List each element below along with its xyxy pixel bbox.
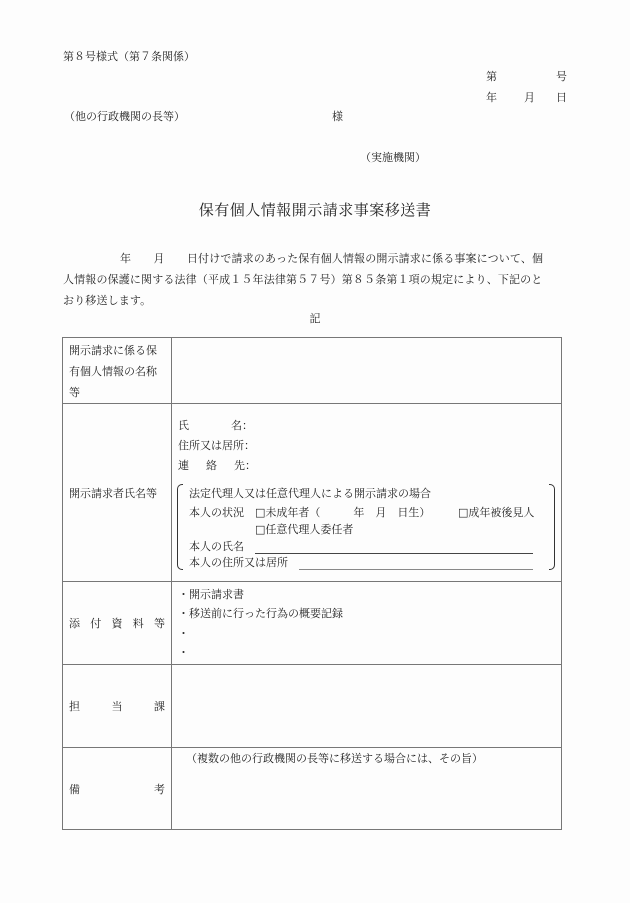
principal-name-label: 本人の氏名: [189, 541, 244, 552]
checkbox-minor[interactable]: □未成年者（ 年 月 日生）: [255, 507, 430, 518]
field-info-name[interactable]: [172, 338, 562, 404]
remarks-note: （複数の他の行政機関の長等に移送する場合には、その旨）: [186, 753, 483, 764]
label-requester: 開示請求者氏名等: [63, 404, 172, 582]
body-line-2: 人情報の保護に関する法律（平成１５年法律第５７号）第８５条第１項の規定により、下…: [63, 269, 568, 290]
principal-name-line[interactable]: [255, 553, 533, 554]
attachment-item[interactable]: ・: [178, 647, 189, 658]
body-paragraph: 年 月 日付けで請求のあった保有個人情報の開示請求に係る事案について、個 人情報…: [63, 248, 568, 311]
date-month: 月: [524, 92, 535, 103]
proxy-heading: 法定代理人又は任意代理人による開示請求の場合: [189, 488, 431, 499]
ki-heading: 記: [0, 313, 630, 324]
attachment-item: ・開示請求書: [178, 589, 244, 600]
body-line-3: おり移送します。: [63, 290, 568, 311]
label-department: 担 当 課: [63, 665, 172, 748]
addressee: （他の行政機関の長等）: [64, 111, 185, 122]
field-contact-label: 連絡先：: [178, 460, 256, 471]
field-address-label: 住所又は居所：: [178, 440, 255, 451]
honorific: 様: [332, 111, 343, 122]
date-year: 年: [486, 92, 497, 103]
doc-number-prefix: 第: [486, 71, 497, 82]
attachment-item: ・移送前に行った行為の概要記録: [178, 608, 343, 619]
principal-address-label: 本人の住所又は居所: [189, 557, 288, 568]
table-row-department: 担 当 課: [63, 665, 562, 748]
right-bracket: [549, 484, 555, 570]
checkbox-adult-ward[interactable]: □成年被後見人: [458, 507, 534, 518]
form-number: 第８号様式（第７条関係）: [63, 51, 195, 62]
table-row-info-name: 開示請求に係る保有個人情報の名称等: [63, 338, 562, 404]
doc-number-suffix: 号: [556, 71, 567, 82]
proxy-section: 法定代理人又は任意代理人による開示請求の場合 本人の状況 □未成年者（ 年 月 …: [177, 484, 555, 570]
checkbox-voluntary-agent[interactable]: □任意代理人委任者: [255, 524, 353, 535]
principal-address-line[interactable]: [299, 569, 533, 570]
field-requester: 氏名： 住所又は居所： 連絡先： 法定代理人又は任意代理人による開示請求の場合 …: [172, 404, 562, 582]
field-name-label: 氏名：: [178, 420, 253, 431]
left-bracket: [177, 484, 183, 570]
table-row-requester: 開示請求者氏名等 氏名： 住所又は居所： 連絡先： 法定代理人又は任意代理人によ…: [63, 404, 562, 582]
principal-status-label: 本人の状況: [189, 507, 244, 518]
table-row-remarks: 備 考 （複数の他の行政機関の長等に移送する場合には、その旨）: [63, 748, 562, 830]
table-row-attachments: 添 付 資 料 等 ・開示請求書 ・移送前に行った行為の概要記録 ・ ・: [63, 582, 562, 665]
document-title: 保有個人情報開示請求事案移送書: [0, 203, 630, 218]
field-attachments: ・開示請求書 ・移送前に行った行為の概要記録 ・ ・: [172, 582, 562, 665]
sender-agency: （実施機関）: [360, 152, 426, 163]
label-attachments: 添 付 資 料 等: [63, 582, 172, 665]
field-remarks[interactable]: （複数の他の行政機関の長等に移送する場合には、その旨）: [172, 748, 562, 830]
field-department[interactable]: [172, 665, 562, 748]
label-info-name: 開示請求に係る保有個人情報の名称等: [63, 338, 172, 404]
attachment-item[interactable]: ・: [178, 628, 189, 639]
transfer-form-table: 開示請求に係る保有個人情報の名称等 開示請求者氏名等 氏名： 住所又は居所： 連…: [62, 337, 562, 830]
date-day: 日: [556, 92, 567, 103]
label-remarks: 備 考: [63, 748, 172, 830]
body-line-1: 年 月 日付けで請求のあった保有個人情報の開示請求に係る事案について、個: [63, 248, 568, 269]
